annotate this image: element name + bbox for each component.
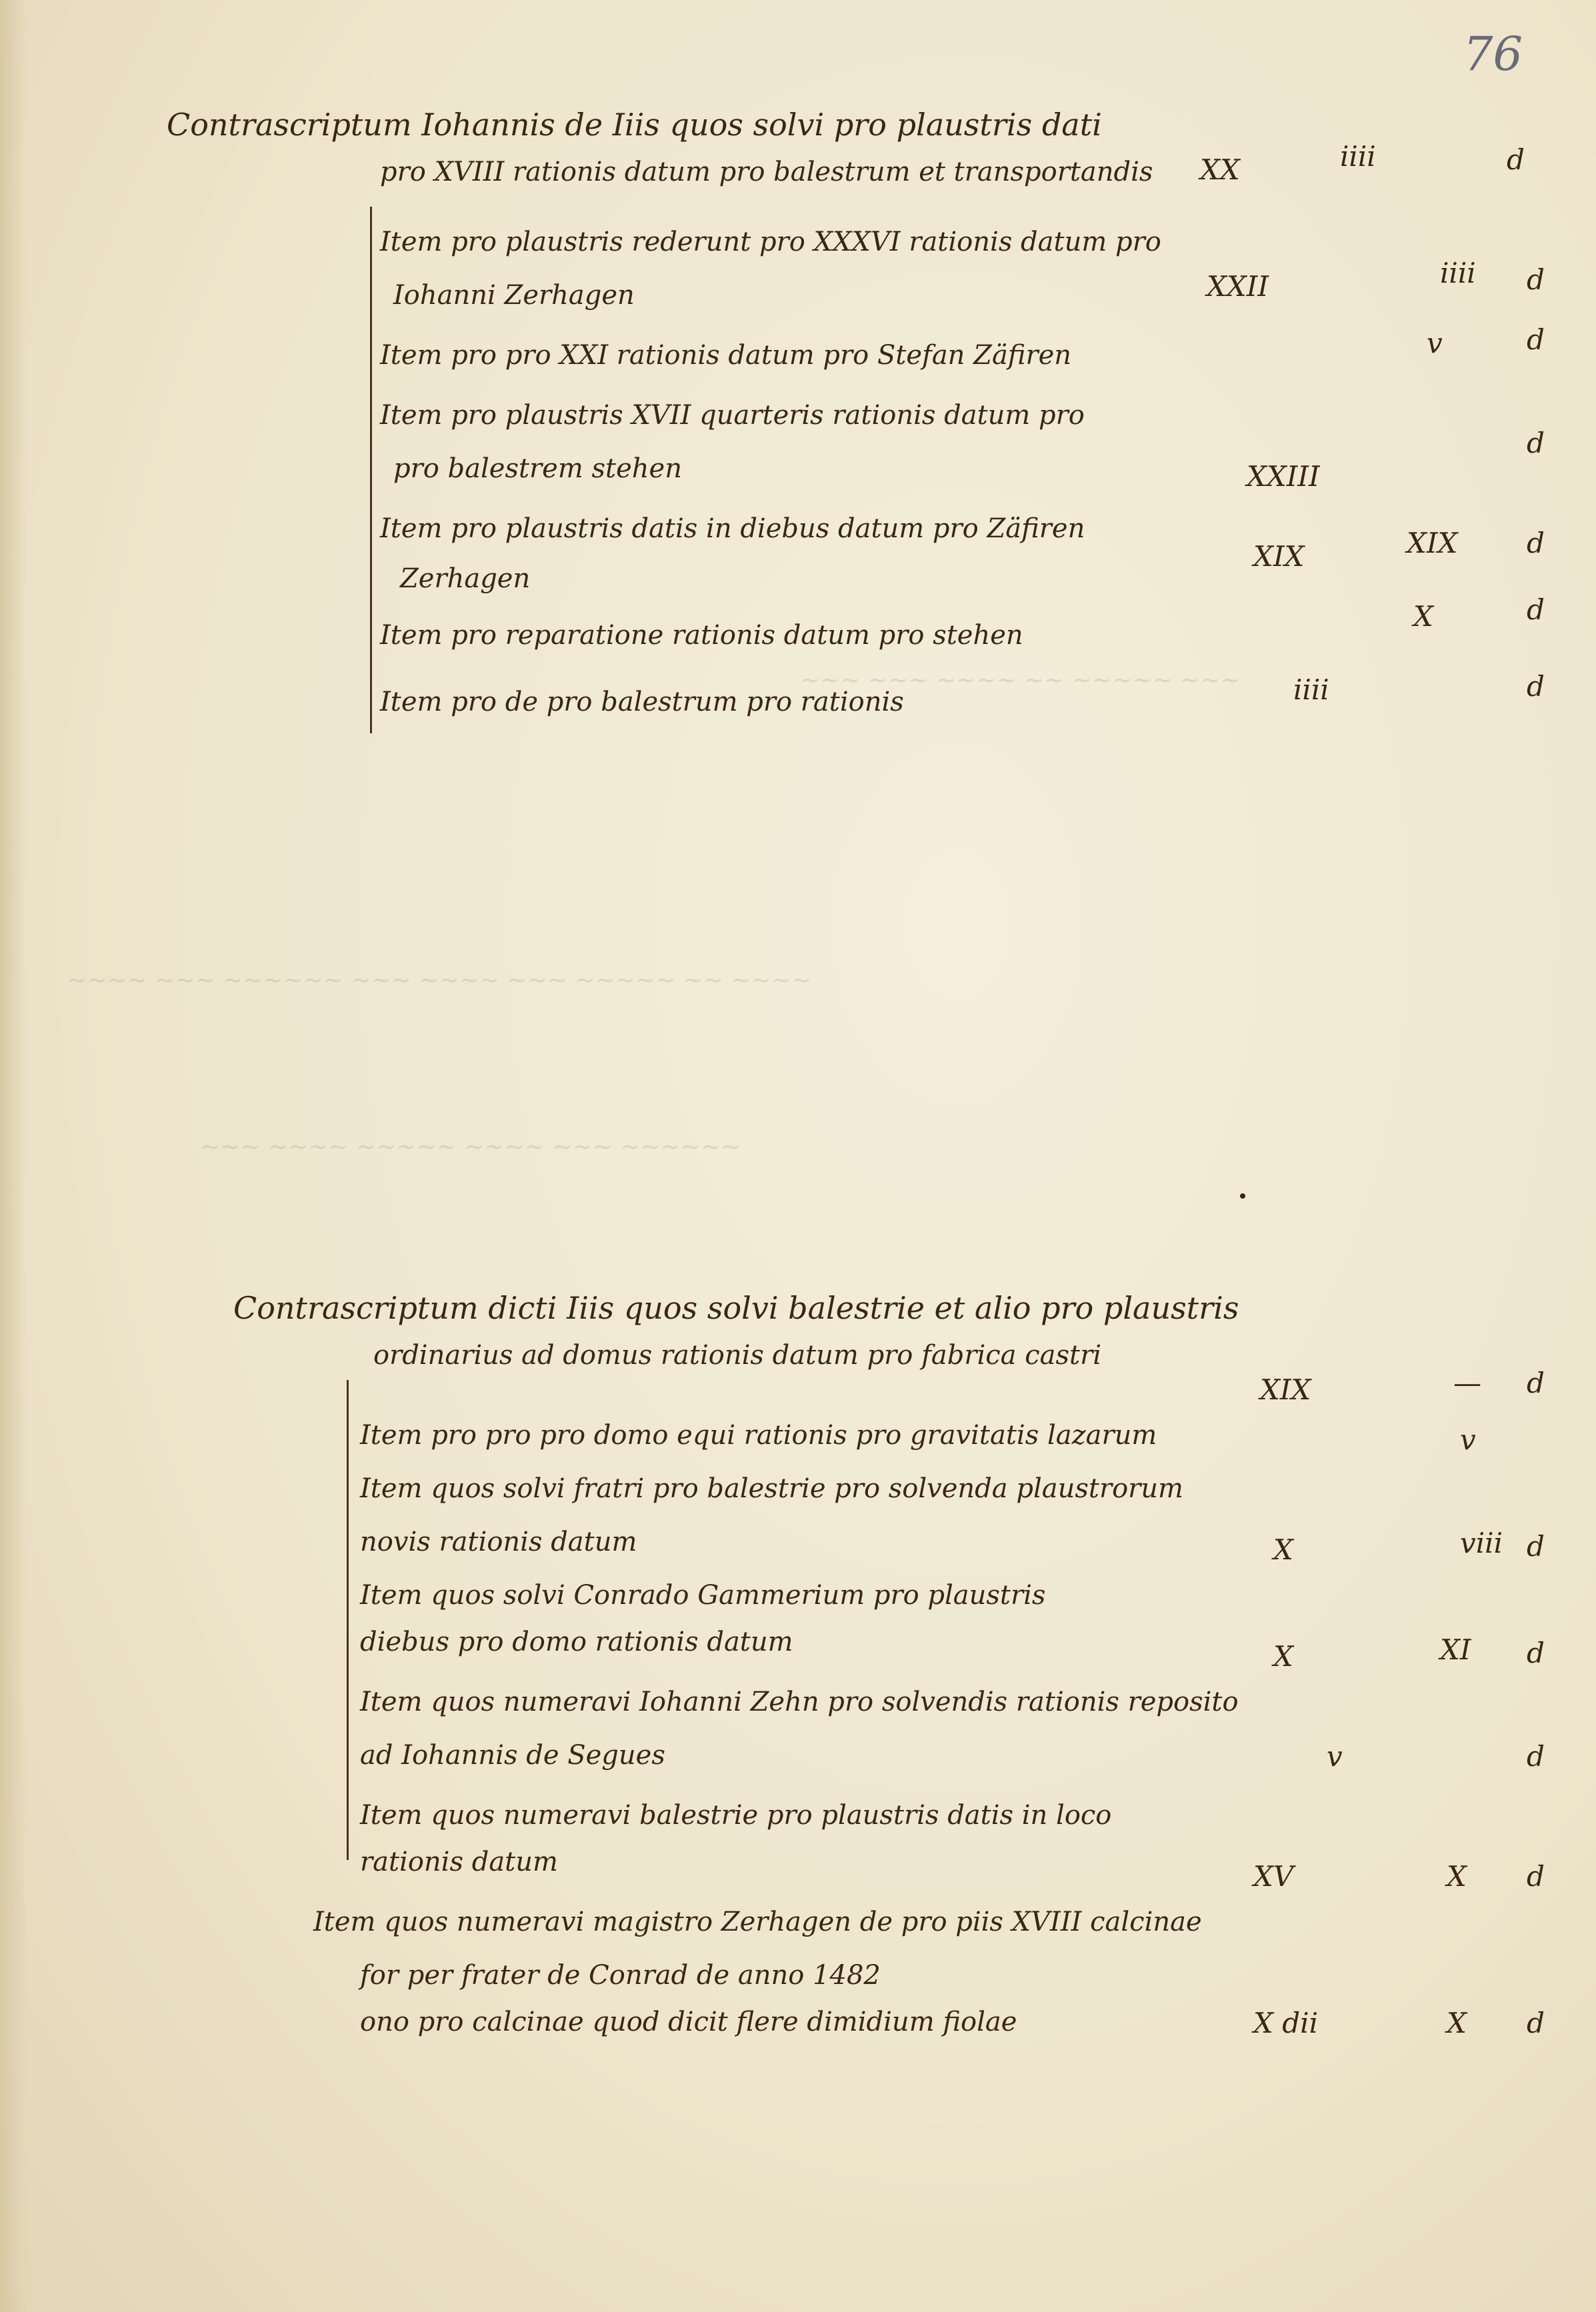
amount-d: d — [1527, 1530, 1545, 1563]
entry-text: Item pro pro pro domo equi rationis pro … — [360, 1420, 1157, 1451]
margin-bracket — [370, 207, 372, 733]
amount-s: X — [1447, 2007, 1467, 2039]
amount-lb: XV — [1253, 1860, 1293, 1893]
ink-dot — [1240, 1193, 1245, 1199]
amount-d: d — [1527, 593, 1545, 626]
entry-text: Item pro plaustris rederunt pro XXXVI ra… — [380, 227, 1161, 257]
section2-heading: Contrascriptum dicti Iiis quos solvi bal… — [233, 1290, 1239, 1326]
amount-d: d — [1527, 1740, 1545, 1773]
entry-text: Item pro de pro balestrum pro rationis — [380, 687, 904, 717]
amount-s: v — [1460, 1423, 1476, 1456]
section1-heading: Contrascriptum Iohannis de Iiis quos sol… — [167, 107, 1102, 143]
amount-lb: XX — [1200, 153, 1240, 186]
amount-s: X — [1447, 1860, 1467, 1893]
amount-lb: v — [1327, 1740, 1343, 1773]
amount-s: iiii — [1440, 257, 1476, 289]
amount-lb: X — [1273, 1533, 1293, 1566]
bleed-through-text: ~~~ ~~~~ ~~~~~ ~~~~ ~~~ ~~~~~~ — [200, 1133, 741, 1161]
entry-text: Item quos numeravi Iohanni Zehn pro solv… — [360, 1687, 1239, 1717]
bleed-through-text: ~~~~ ~~~ ~~~~~~ ~~~ ~~~~ ~~~ ~~~~~ ~~ ~~… — [67, 967, 811, 994]
entry-text: pro XVIII rationis datum pro balestrum e… — [380, 157, 1153, 187]
entry-text-cont: ad Iohannis de Segues — [360, 1740, 665, 1771]
entry-text: ordinarius ad domus rationis datum pro f… — [373, 1340, 1101, 1371]
entry-text-cont: ono pro calcinae quod dicit flere dimidi… — [360, 2007, 1017, 2037]
amount-lb: X dii — [1253, 2007, 1318, 2039]
amount-s: XI — [1440, 1633, 1471, 1666]
entry-text: Item pro reparatione rationis datum pro … — [380, 620, 1023, 651]
amount-lb: X — [1273, 1640, 1293, 1673]
amount-s: — — [1453, 1367, 1481, 1399]
amount-lb: XXII — [1207, 270, 1269, 303]
entry-text-cont: pro balestrem stehen — [393, 453, 682, 484]
amount-d: d — [1527, 1367, 1545, 1399]
entry-text: Item quos numeravi magistro Zerhagen de … — [313, 1907, 1202, 1937]
amount-d: d — [1527, 670, 1545, 703]
amount-d: d — [1527, 323, 1545, 356]
entry-text: Item pro plaustris XVII quarteris ration… — [380, 400, 1085, 431]
amount-d: d — [1527, 1860, 1545, 1893]
entry-text-cont: rationis datum — [360, 1847, 558, 1877]
amount-lb: XXIII — [1247, 460, 1320, 493]
entry-text: Item pro plaustris datis in diebus datum… — [380, 513, 1085, 544]
amount-lb: XIX — [1260, 1373, 1311, 1406]
entry-text: Item quos solvi Conrado Gammerium pro pl… — [360, 1580, 1045, 1611]
entry-text-cont: Zerhagen — [400, 563, 530, 594]
page-edge-shadow — [0, 0, 27, 2312]
entry-text-cont: for per frater de Conrad de anno 1482 — [360, 1960, 881, 1991]
entry-text: Item quos solvi fratri pro balestrie pro… — [360, 1473, 1183, 1504]
amount-d: d — [1527, 1637, 1545, 1669]
entry-text-cont: novis rationis datum — [360, 1527, 637, 1557]
amount-d: d — [1527, 2007, 1545, 2039]
amount-d: d — [1527, 263, 1545, 296]
amount-lb: iiii — [1293, 673, 1329, 706]
entry-text-cont: diebus pro domo rationis datum — [360, 1627, 793, 1657]
entry-text: Item quos numeravi balestrie pro plaustr… — [360, 1800, 1111, 1831]
entry-text: Item pro pro XXI rationis datum pro Stef… — [380, 340, 1071, 371]
margin-bracket — [347, 1380, 349, 1860]
amount-s: XIX — [1407, 527, 1457, 559]
amount-s: iiii — [1340, 140, 1376, 173]
amount-d: d — [1507, 143, 1525, 176]
amount-d: d — [1527, 427, 1545, 459]
entry-text-cont: Iohanni Zerhagen — [393, 280, 635, 311]
folio-number: 76 — [1463, 27, 1523, 81]
amount-d: d — [1527, 527, 1545, 559]
amount-lb: XIX — [1253, 540, 1304, 573]
amount-s: viii — [1460, 1527, 1503, 1559]
amount-s: X — [1413, 600, 1433, 633]
manuscript-page: 76 ~~~ ~~~ ~~~~ ~~ ~~~~~ ~~~ ~~~~ ~~~ ~~… — [0, 0, 1596, 2312]
amount-s: v — [1427, 327, 1443, 359]
